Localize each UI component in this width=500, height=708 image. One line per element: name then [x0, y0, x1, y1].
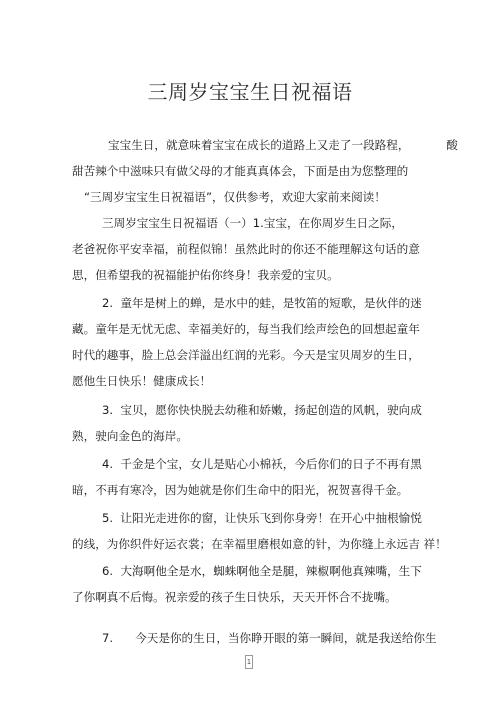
paragraph-line: 2. 童年是树上的蝉，是水中的蛙，是牧笛的短歌，是伙伴的迷: [102, 295, 422, 311]
paragraph-line: 6. 大海啊他全是水，蜘蛛啊他全是腿，辣椒啊他真辣嘴，生下: [102, 563, 422, 579]
paragraph-line: 4. 千金是个宝，女儿是贴心小棉袄，今后你们的日子不再有黑: [102, 456, 422, 472]
paragraph-line: 三周岁宝宝生日祝福语（一）1.宝宝，在你周岁生日之际，: [102, 215, 403, 231]
paragraph-line: 5. 让阳光走进你的窗，让快乐飞到你身旁！在开心中抽根愉悦: [102, 510, 422, 526]
paragraph-line: 了你啊真不后悔。祝亲爱的孩子生日快乐，天天开怀合不拢嘴。: [72, 589, 397, 605]
paragraph-line: 甜苦辣个中滋味只有做父母的才能真真体会，下面是由为您整理的: [72, 163, 408, 179]
paragraph-line: “三周岁宝宝生日祝福语”，仅供参考，欢迎大家前来阅读！: [84, 189, 386, 205]
paragraph-line: 7. 今天是你的生日，当你睁开眼的第一瞬间，就是我送给你生: [102, 630, 437, 646]
paragraph-line: 的线，为你织件好运衣裳；在幸福里磨根如意的针，为你缝上永远吉 祥！: [72, 536, 447, 552]
page-number: 1: [245, 655, 253, 669]
paragraph-line: 熟，驶向金色的海岸。: [72, 428, 188, 444]
paragraph-line: 藏。童年是无忧无虑、幸福美好的，每当我们绘声绘色的回想起童年: [72, 321, 420, 337]
paragraph-line: 愿他生日快乐！健康成长！: [72, 373, 211, 389]
paragraph-line: 3. 宝贝，愿你快快脱去幼稚和娇嫩，扬起创造的风帆，驶向成: [102, 402, 422, 418]
paragraph-line: 老爸祝你平安幸福，前程似锦！虽然此时的你还不能理解这句话的意: [72, 241, 420, 257]
paragraph-line: 时代的趣事，脸上总会洋溢出红润的光彩。今天是宝贝周岁的生日，: [72, 347, 420, 363]
paragraph-line: 暗，不再有寒冷，因为她就是你们生命中的阳光，祝贺喜得千金。: [72, 482, 408, 498]
paragraph-line: 宝宝生日，就意味着宝宝在成长的道路上又走了一段路程， 酸: [108, 137, 458, 153]
document-title: 三周岁宝宝生日祝福语: [0, 76, 500, 105]
paragraph-line: 思，但希望我的祝福能护佑你终身！我亲爱的宝贝。: [72, 267, 339, 283]
